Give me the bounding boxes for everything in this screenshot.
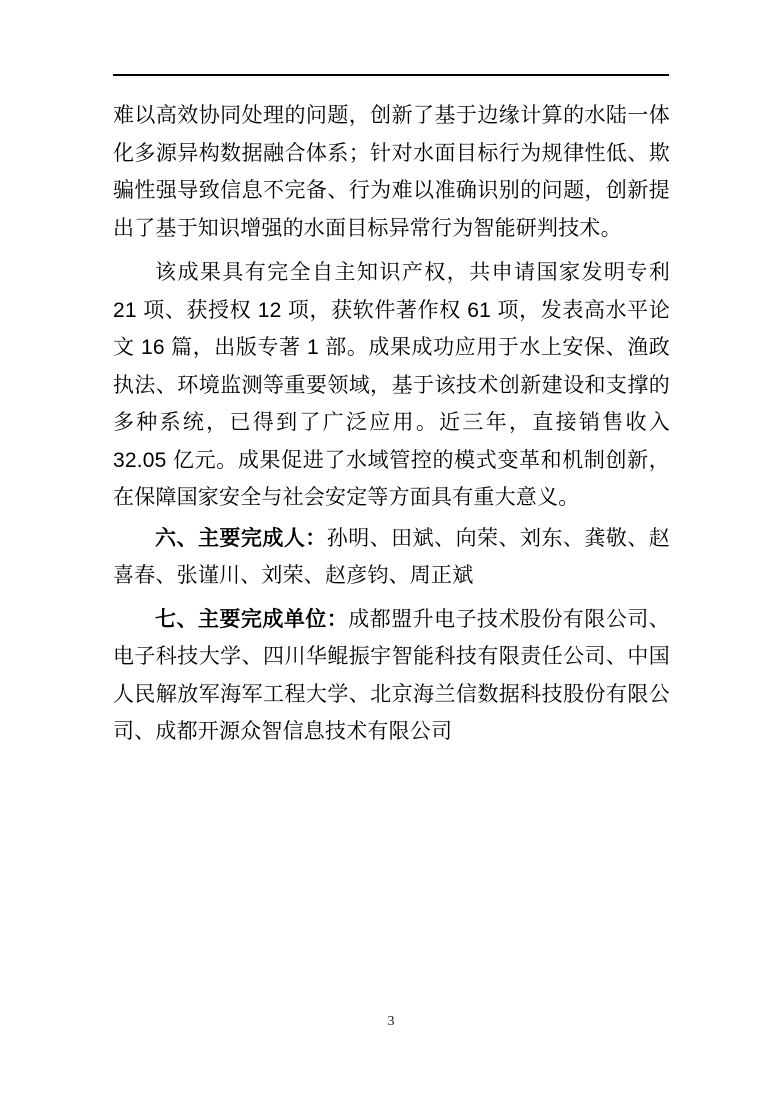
section-main-completers: 六、主要完成人：孙明、田斌、向荣、刘东、龚敬、赵喜春、张谨川、刘荣、赵彦钧、周正… (113, 520, 670, 595)
section-heading-units: 七、主要完成单位： (155, 608, 348, 631)
document-body: 难以高效协同处理的问题，创新了基于边缘计算的水陆一体化多源异构数据融合体系；针对… (113, 97, 670, 751)
document-page: 难以高效协同处理的问题，创新了基于边缘计算的水陆一体化多源异构数据融合体系；针对… (0, 0, 782, 1106)
header-rule-divider (113, 74, 669, 76)
section-heading-completers: 六、主要完成人： (155, 527, 327, 550)
section-main-units: 七、主要完成单位：成都盟升电子技术股份有限公司、电子科技大学、四川华鲲振宇智能科… (113, 601, 670, 751)
paragraph-achievements: 该成果具有完全自主知识产权，共申请国家发明专利 21 项、获授权 12 项，获软… (113, 254, 670, 517)
page-number: 3 (0, 1012, 782, 1032)
paragraph-continuation: 难以高效协同处理的问题，创新了基于边缘计算的水陆一体化多源异构数据融合体系；针对… (113, 97, 670, 247)
